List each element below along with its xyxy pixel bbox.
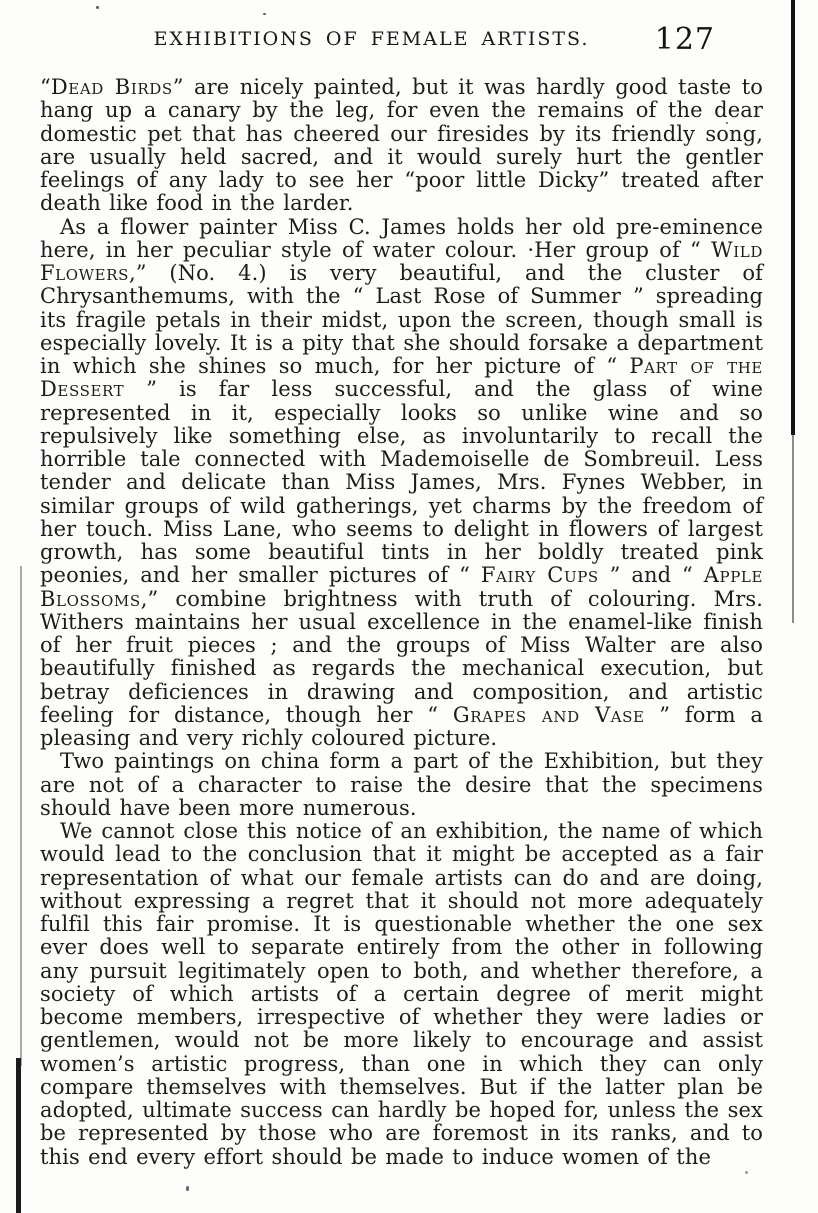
body-text-run: Two paintings on china form a part of th… bbox=[40, 749, 763, 820]
paragraph-dead-birds: “Dead Birds” are nicely painted, but it … bbox=[40, 76, 763, 216]
scan-speck bbox=[263, 13, 266, 15]
body-text-run: We cannot close this notice of an exhibi… bbox=[40, 819, 763, 1169]
scan-speck bbox=[96, 6, 99, 9]
scan-artifact-left-line bbox=[20, 566, 22, 1066]
scan-speck bbox=[186, 1186, 189, 1191]
artwork-title-smallcaps: Fairy Cups bbox=[481, 563, 599, 587]
paragraph-closing-remarks: We cannot close this notice of an exhibi… bbox=[40, 820, 763, 1169]
scan-speck bbox=[745, 1171, 748, 1174]
article-body: “Dead Birds” are nicely painted, but it … bbox=[40, 76, 763, 1169]
running-header: EXHIBITIONS OF FEMALE ARTISTS. 127 bbox=[40, 28, 763, 62]
scan-artifact-left-line-thick bbox=[16, 1058, 21, 1213]
body-text-run: As a flower painter Miss C. James holds … bbox=[40, 215, 763, 262]
body-text-run: ” and “ bbox=[599, 563, 704, 587]
body-text-run: “ bbox=[40, 75, 51, 99]
page-number: 127 bbox=[655, 22, 715, 57]
scan-artifact-right-line-faded bbox=[792, 435, 794, 623]
scan-artifact-right-line bbox=[791, 0, 795, 435]
artwork-title-smallcaps: Dead Birds bbox=[51, 75, 173, 99]
body-text-run: ” is far less successful, and the glass … bbox=[40, 377, 763, 587]
paragraph-flower-painters: As a flower painter Miss C. James holds … bbox=[40, 216, 763, 751]
book-page: EXHIBITIONS OF FEMALE ARTISTS. 127 “Dead… bbox=[0, 0, 818, 1213]
paragraph-china-paintings: Two paintings on china form a part of th… bbox=[40, 750, 763, 820]
scan-speck bbox=[726, 122, 728, 124]
artwork-title-smallcaps: Grapes and Vase bbox=[453, 703, 645, 727]
